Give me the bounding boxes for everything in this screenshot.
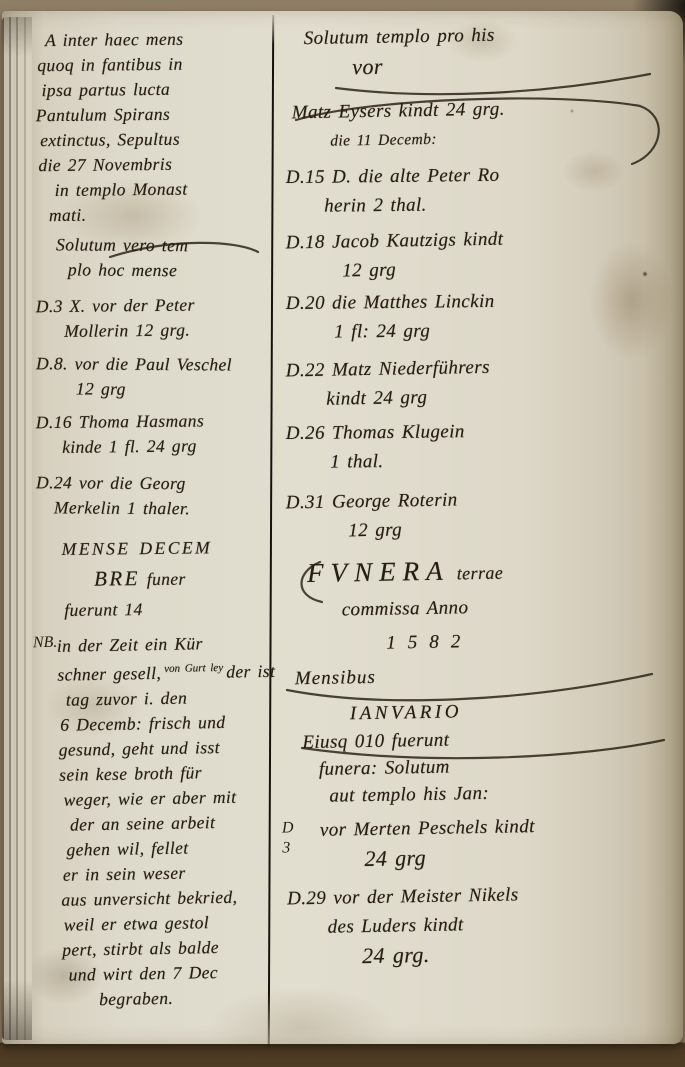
text-line: in der Zeit ein Kür bbox=[57, 630, 261, 659]
text-line: weger, wie er aber mit bbox=[63, 784, 263, 812]
day-letter: D bbox=[282, 818, 294, 838]
payment-entry: D.26 Thomas Klugein 1 thal. bbox=[286, 415, 679, 477]
right-column: Solutum templo pro his vor Matz Eysers k… bbox=[286, 21, 678, 968]
text-line: Merkelin 1 thaler. bbox=[54, 495, 264, 521]
text-line: 12 grg bbox=[76, 376, 264, 402]
text-line: 24 grg. bbox=[362, 936, 680, 971]
january-section: IANVARIO Eiusq 010 fuerunt funera: Solut… bbox=[284, 694, 681, 972]
text-line: schner gesell,von Gurt leyder ist bbox=[57, 655, 261, 687]
text-line: quoq in fantibus in bbox=[37, 51, 263, 78]
text-line: A inter haec mens bbox=[45, 26, 263, 53]
payment-entry: D.31 George Roterin 12 grg bbox=[286, 482, 679, 547]
payment-entry: D 3 vor Merten Peschels kindt 24 grg bbox=[286, 810, 679, 875]
text-line: tag zuvor i. den bbox=[66, 684, 262, 712]
text-line: mati. bbox=[49, 201, 265, 228]
solutum-note: Solutum vero tem plo hoc mense bbox=[36, 232, 264, 284]
book-photo: A inter haec mens quoq in fantibus in ip… bbox=[0, 0, 685, 1067]
text-line: 12 grg bbox=[342, 251, 678, 286]
heading-line: FVNERA terrae bbox=[307, 550, 678, 594]
payment-entry: D.16 Thoma Hasmans kinde 1 fl. 24 grg bbox=[36, 408, 265, 460]
payment-entry: D.22 Matz Niederführers kindt 24 grg bbox=[286, 350, 679, 415]
text-line: pert, stirbt als balde bbox=[62, 934, 266, 963]
text-span: der ist bbox=[226, 661, 275, 682]
heading-word: BRE bbox=[94, 566, 140, 590]
text-line: er in sein weser bbox=[63, 859, 265, 888]
left-column: A inter haec mens quoq in fantibus in ip… bbox=[36, 27, 264, 1011]
text-line: Solutum vero tem bbox=[56, 232, 264, 258]
column-rule-line bbox=[268, 15, 275, 1047]
text-line: D.16 Thoma Hasmans bbox=[36, 408, 264, 435]
text-line: gehen wil, fellet bbox=[66, 834, 264, 862]
funera-tail: terrae bbox=[457, 563, 504, 584]
text-line: 1 fl: 24 grg bbox=[334, 314, 678, 347]
payment-entry: D.15 D. die alte Peter Ro herin 2 thal. bbox=[286, 159, 679, 221]
payment-entry: D.20 die Matthes Linckin 1 fl: 24 grg bbox=[286, 285, 679, 347]
text-line: 1 thal. bbox=[330, 444, 678, 477]
text-line: der an seine arbeit bbox=[70, 809, 264, 837]
manuscript-page: A inter haec mens quoq in fantibus in ip… bbox=[2, 11, 683, 1044]
payment-entry: D.18 Jacob Kautzigs kindt 12 grg bbox=[286, 222, 679, 287]
text-line: 24 grg bbox=[364, 839, 678, 873]
text-line: aus unversicht bekried, bbox=[61, 884, 265, 913]
latin-burial-note: A inter haec mens quoq in fantibus in ip… bbox=[35, 26, 265, 228]
month-heading-december: MENSE DECEM BRE funer fuerunt 14 bbox=[36, 532, 265, 625]
text-line: 6 Decemb: frisch und bbox=[60, 709, 262, 738]
heading-line: MENSE DECEM bbox=[62, 532, 264, 564]
text-line: weil er etwa gestol bbox=[64, 909, 266, 938]
payment-entry: D.8. vor die Paul Veschel 12 grg bbox=[36, 351, 264, 403]
text-line: D.8. vor die Paul Veschel bbox=[36, 351, 264, 378]
payment-entry: D.3 X. vor der Peter Mollerin 12 grg. bbox=[36, 292, 265, 344]
text-line: kindt 24 grg bbox=[326, 379, 678, 414]
day-number: 3 bbox=[282, 838, 294, 858]
payment-entry: Matz Eysers kindt 24 grg. die 11 Decemb: bbox=[286, 92, 679, 157]
text-line: in templo Monast bbox=[55, 176, 265, 203]
text-line: plo hoc mense bbox=[68, 257, 264, 283]
superscript-insertion: von Gurt ley bbox=[164, 662, 223, 675]
heading-line: vor bbox=[352, 47, 678, 82]
payment-entry: D.24 vor die Georg Merkelin 1 thaler. bbox=[36, 470, 264, 522]
funera-heading: FVNERA terrae commissa Anno 1582 Mensibu… bbox=[285, 550, 679, 697]
heading-line: BRE funer bbox=[94, 562, 264, 595]
text-span: schner gesell, bbox=[57, 663, 161, 685]
text-line: gesund, geht und isst bbox=[59, 734, 263, 763]
heading-line: fuerunt 14 bbox=[64, 593, 264, 625]
heading-tail: funer bbox=[147, 569, 186, 589]
text-line: aut templo his Jan: bbox=[329, 777, 677, 810]
text-line: 12 grg bbox=[348, 511, 678, 546]
text-line: herin 2 thal. bbox=[324, 188, 678, 221]
text-line: extinctus, Sepultus bbox=[40, 126, 264, 153]
text-line: sein kese broth für bbox=[59, 759, 263, 788]
text-line: Pantulum Spirans bbox=[36, 101, 264, 128]
text-line: D.24 vor die Georg bbox=[36, 470, 264, 497]
year-1582: 1582 bbox=[386, 622, 679, 661]
nb-label: NB. bbox=[33, 634, 58, 652]
text-line: kinde 1 fl. 24 grg bbox=[62, 433, 264, 460]
text-line: D.26 Thomas Klugein bbox=[286, 415, 678, 448]
text-line: D.15 D. die alte Peter Ro bbox=[286, 159, 678, 192]
text-line: die 11 Decemb: bbox=[330, 121, 678, 156]
funera-word: FVNERA bbox=[307, 556, 450, 588]
text-line: begraben. bbox=[99, 984, 267, 1012]
page-edge-stack bbox=[2, 17, 32, 1040]
text-line: D.20 die Matthes Linckin bbox=[286, 285, 678, 318]
text-line: ipsa partus lucta bbox=[41, 76, 263, 103]
text-line: und wirt den 7 Dec bbox=[68, 959, 266, 987]
day-label: D 3 bbox=[282, 818, 294, 858]
nb-marginal-note: NB. in der Zeit ein Kür schner gesell,vo… bbox=[57, 630, 268, 1012]
text-line: Mollerin 12 grg. bbox=[64, 317, 264, 344]
heading-line: Mensibus bbox=[295, 656, 680, 697]
text-line: die 27 Novembris bbox=[38, 151, 264, 178]
solutum-heading: Solutum templo pro his vor bbox=[286, 18, 679, 83]
payment-entry: D.29 vor der Meister Nikels des Luders k… bbox=[287, 878, 680, 972]
text-line: D.3 X. vor der Peter bbox=[36, 292, 264, 319]
